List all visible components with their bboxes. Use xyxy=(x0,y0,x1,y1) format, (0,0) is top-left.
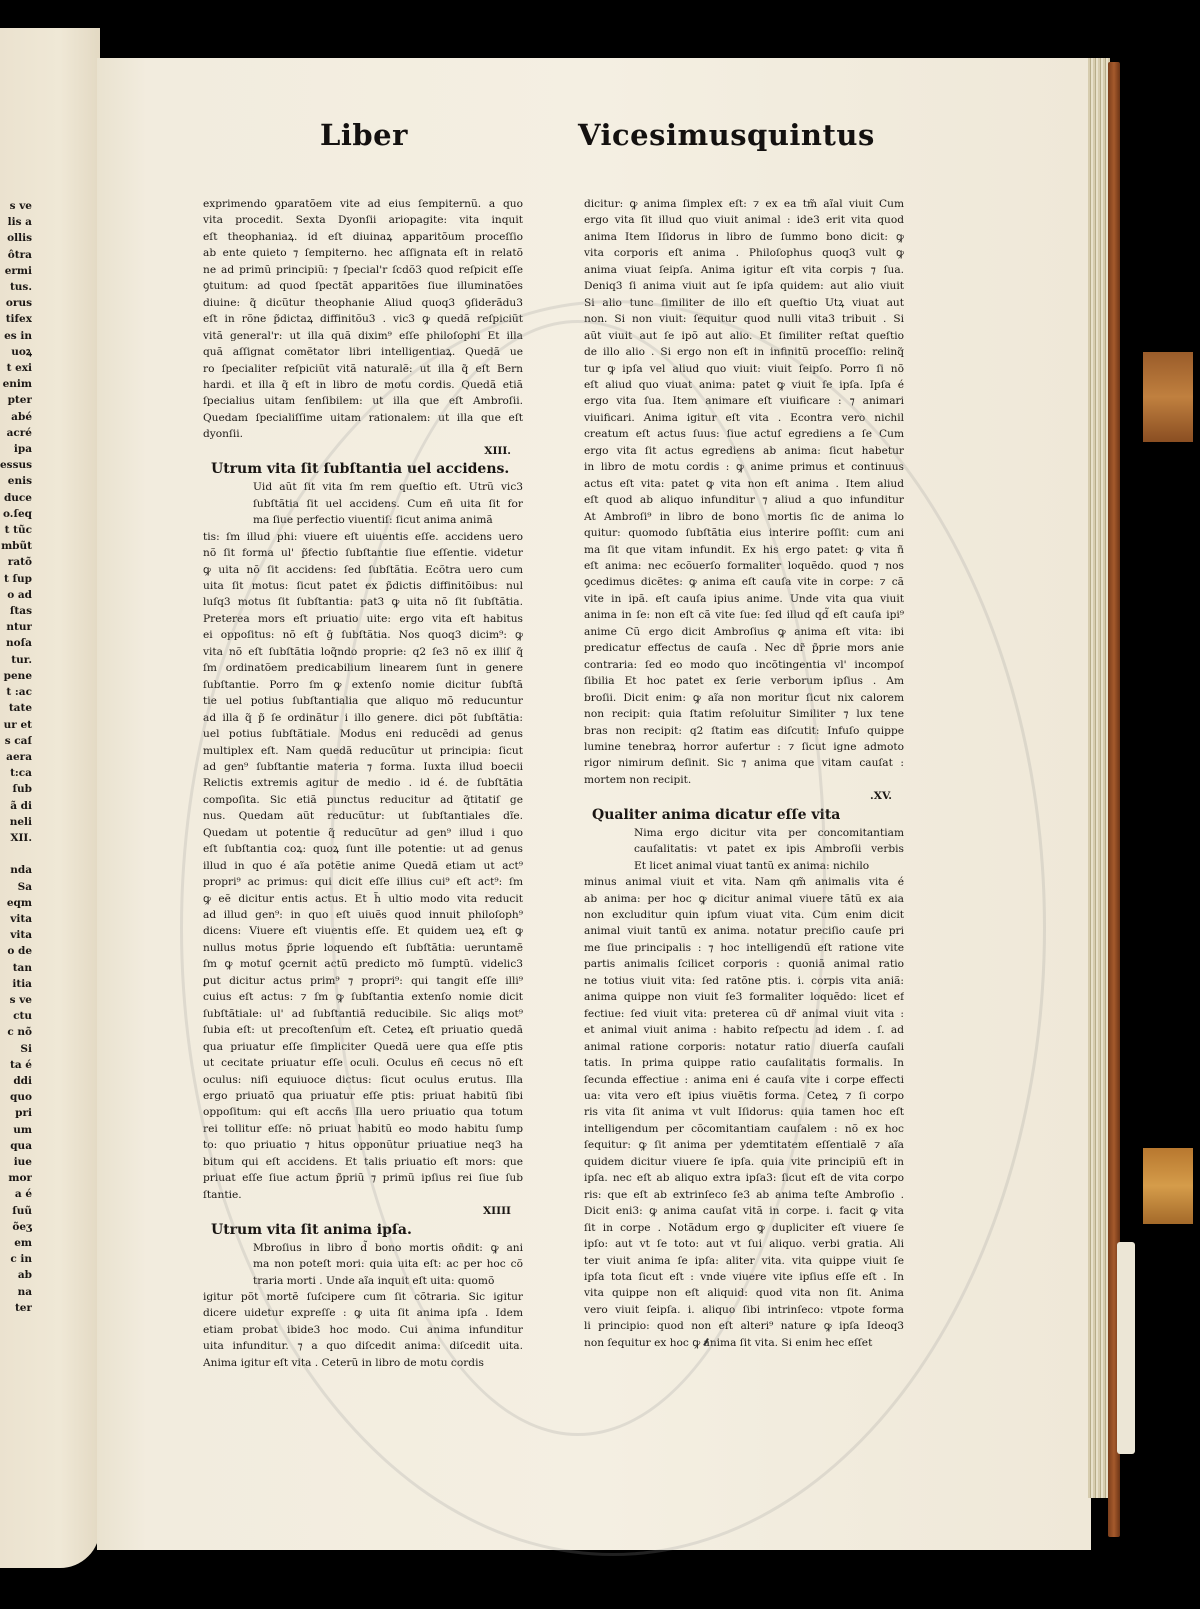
text-line: nus. Quedam aũt reducũtur: ut ſubſtantia… xyxy=(203,808,523,824)
text-line: Quedam ut potentie q̃ reducũtur ad gen⁹ … xyxy=(203,825,523,841)
text-line: Mbroſius in libro d̃ bono mortis oñdit: … xyxy=(253,1240,523,1256)
text-line: minus animal viuit et vita. Nam qm̃ anim… xyxy=(584,874,904,890)
text-line: ab anima: per hoc ꝙ dicitur animal viuer… xyxy=(584,891,904,907)
text-line: Nima ergo dicitur vita per concomitantia… xyxy=(634,825,904,841)
text-line: non ſequitur ex hoc ꝙ anima ſit vita. Si… xyxy=(584,1335,904,1351)
left-text-column: exprimendo ꝯparatõem vite ad eius ſempit… xyxy=(203,196,523,1371)
text-line: ſubſtantie. Porro ſm ꝙ extenſo nomie dic… xyxy=(203,677,523,693)
text-line: oculus: niſi equiuoce dictus: ſicut ocul… xyxy=(203,1072,523,1088)
text-line: quidem dicitur viuere ſe ipſa. quia vite… xyxy=(584,1154,904,1170)
text-line: ſit in corpe . Notãdum ergo ꝙ dupliciter… xyxy=(584,1220,904,1236)
left-page: s ve lis a ollis ôtra ermi tus. orus tif… xyxy=(0,28,100,1568)
text-line: ſibilia Et hoc patet ex ſerie verborum i… xyxy=(584,673,904,689)
text-line: ad illud gen⁹: in quo eſt uiuẽs quod inn… xyxy=(203,907,523,923)
text-line: broſii. Dicit enim: ꝙ aĩa non moritur ſi… xyxy=(584,690,904,706)
text-line: dicere uidetur expreſſe : ꝙ uita ſit ani… xyxy=(203,1305,523,1321)
text-line: Et licet animal viuat tantũ ex anima: ni… xyxy=(634,858,904,874)
text-line: aũt viuit aut ſe ipõ aut alio. Et ſimili… xyxy=(584,328,904,344)
text-line: fectiue: ſed viuit vita: preterea cũ dr̃… xyxy=(584,1006,904,1022)
text-line: in libro de motu cordis : ꝙ anime primus… xyxy=(584,459,904,475)
text-line: luſq3 motus ſit ſubſtantia: pat3 ꝙ uita … xyxy=(203,594,523,610)
text-line: ꝯtuitum: ad quod ſpectãt apparitões ſiue… xyxy=(203,278,523,294)
chapter-16-opening: Nima ergo dicitur vita per concomitantia… xyxy=(584,825,904,874)
text-line: nõ ſit forma ul' p̃fectio ſubſtantie ſiu… xyxy=(203,545,523,561)
text-line: ter viuit anima ſe ipſa: aliter vita. vi… xyxy=(584,1253,904,1269)
chapter-heading: Qualiter anima dicatur eſſe vita xyxy=(584,806,904,824)
text-line: Relictis extremis agitur de medio . id é… xyxy=(203,775,523,791)
text-line: ſm ꝙ motuſ ꝯcernit actũ predicto mõ ſump… xyxy=(203,956,523,972)
text-line: eſt anima: nec ecõuerſo formaliter loquẽ… xyxy=(584,558,904,574)
text-line: compoſita. Sic etiã punctus reducitur ad… xyxy=(203,792,523,808)
text-line: vita nõ eſt ſubſtãtia loq̃ndo proprie: q… xyxy=(203,644,523,660)
text-line: eſt in rõne p̃dictaꝝ diffinitõu3 . vic3 … xyxy=(203,311,523,327)
text-line: Quedam ſpecialiſſime uitam rationalem: u… xyxy=(203,410,523,426)
text-line: ei oppoſitus: nõ eſt ḡ ſubſtãtia. Nos qu… xyxy=(203,627,523,643)
chapter-number-xiii: XIII. xyxy=(203,443,523,459)
text-line: ipſa tota ſicut eſt : vnde viuere vite i… xyxy=(584,1269,904,1285)
running-head-right: Vicesimusquintus xyxy=(578,118,875,152)
text-line: ſubſtãtiale: ul' ad ſubſtantiã reducibil… xyxy=(203,1006,523,1022)
text-line: uel potius ſubſtãtiale. Modus eni reducẽ… xyxy=(203,726,523,742)
text-line: exprimendo ꝯparatõem vite ad eius ſempit… xyxy=(203,196,523,212)
text-line: cuius eſt actus: ⁊ ſm ꝙ ſubſtantia exten… xyxy=(203,989,523,1005)
text-line: Anima igitur eſt vita . Ceterũ in libro … xyxy=(203,1355,523,1371)
text-line: vite in ipã. eſt cauſa ipius anime. Unde… xyxy=(584,591,904,607)
text-line: to: quo priuatio ⁊ hitus opponũtur priua… xyxy=(203,1137,523,1153)
text-line: ſubſtãtia ſit uel accidens. Cum eñ uita … xyxy=(253,496,523,512)
text-line: vita quippe non eſt aliquid: quod vita n… xyxy=(584,1285,904,1301)
text-line: ſequitur: ꝙ ſit anima per ydemtitatem eſ… xyxy=(584,1137,904,1153)
text-line: actus eſt vita: patet ꝙ vita non eſt ani… xyxy=(584,476,904,492)
text-line: igitur põt mortẽ ſuſcipere cum ſit cõtra… xyxy=(203,1289,523,1305)
text-line: anima viuat ſeipſa. Anima igitur eſt vit… xyxy=(584,262,904,278)
text-line: qua priuatur eſſe ſimpliciter Quedã uere… xyxy=(203,1039,523,1055)
text-line: uita ſit motus: ſicut patet ex p̃dictis … xyxy=(203,578,523,594)
text-line: ma ſiue perfectio viuentiſ: ſicut anima … xyxy=(253,512,523,528)
chapter-14-opening: Uid aũt ſit vita ſm rem queſtio eſt. Utr… xyxy=(203,479,523,528)
text-line: ipſo: aut vt ſe toto: aut vt ſui aliquo.… xyxy=(584,1236,904,1252)
text-line: ab ente quieto ⁊ ſempiterno. hec aſſigna… xyxy=(203,245,523,261)
text-line: mortem non recipit. xyxy=(584,772,904,788)
text-line: ſecunda effectiue : anima eni é cauſa vi… xyxy=(584,1072,904,1088)
text-line: vita corporis eſt anima . Philoſophus qu… xyxy=(584,245,904,261)
text-line: uita infunditur. ⁊ a quo diſcedit anima:… xyxy=(203,1338,523,1354)
text-line: anima quippe non viuit ſe3 formaliter lo… xyxy=(584,989,904,1005)
page-edges xyxy=(1088,58,1110,1498)
text-line: ad illa q̃ p̃ ſe ordinãtur i illo genere… xyxy=(203,710,523,726)
text-line: ma non poteſt mori: quia uita eſt: ac pe… xyxy=(253,1256,523,1272)
text-line: ꝙ eẽ dicitur entis actus. Et h̃ ultio mo… xyxy=(203,891,523,907)
text-line: intelligendum per cõcomitantiam cauſalem… xyxy=(584,1121,904,1137)
text-line: dicitur: ꝙ anima ſimplex eſt: ⁊ ex ea tm… xyxy=(584,196,904,212)
text-line: animal ratione corporis: notatur ratio d… xyxy=(584,1039,904,1055)
text-line: contraria: ſed eo modo quo incõtingentia… xyxy=(584,657,904,673)
chapter-15-body: igitur põt mortẽ ſuſcipere cum ſit cõtra… xyxy=(203,1289,523,1371)
chapter-number-xiiii: XIIII xyxy=(203,1203,523,1219)
text-line: Si alio tunc ſimiliter de illo eſt queſt… xyxy=(584,295,904,311)
left-page-text-fragments: s ve lis a ollis ôtra ermi tus. orus tif… xyxy=(0,198,32,1316)
text-line: eſt aliud quo viuat anima: patet ꝙ viuit… xyxy=(584,377,904,393)
text-line: vita procedit. Sexta Dyonſii ariopagite:… xyxy=(203,212,523,228)
leather-strap-upper xyxy=(1143,352,1193,442)
text-line: ergo vita ſit illud quo viuit animal : i… xyxy=(584,212,904,228)
text-line: vero viuit ſeipſa. i. aliquo ſibi intrin… xyxy=(584,1302,904,1318)
text-line: etiam probat ibide3 hoc modo. Cui anima … xyxy=(203,1322,523,1338)
text-line: ergo vita ſua. Item animare eſt viuifica… xyxy=(584,393,904,409)
text-line: ſubia eſt: ut precoſtenſum eſt. Ceteꝝ eſ… xyxy=(203,1022,523,1038)
text-line: ris: que eſt ab extrinſeco ſe3 ab anima … xyxy=(584,1187,904,1203)
text-line: quã aſſignat comẽtator libri intelligent… xyxy=(203,344,523,360)
text-line: bitum qui eſt accidens. Et talis priuati… xyxy=(203,1154,523,1170)
running-head-left: Liber xyxy=(320,118,408,152)
text-line: Uid aũt ſit vita ſm rem queſtio eſt. Utr… xyxy=(253,479,523,495)
text-line: illud in quo é aĩa potẽtie anime Quedã e… xyxy=(203,858,523,874)
text-line: non excluditur quin ipſum viuat vita. Cu… xyxy=(584,907,904,923)
text-line: li principio: quod non eſt alteri⁹ natur… xyxy=(584,1318,904,1334)
text-line: tie uel potius ſubſtantialia que aliquo … xyxy=(203,693,523,709)
text-line: Deniq3 ſi anima viuit aut ſe ipſa quidem… xyxy=(584,278,904,294)
text-line: ſpecialius uitam ſenſibilem: ut illa que… xyxy=(203,393,523,409)
text-line: ꝯcedimus dicẽtes: ꝙ anima eſt cauſa vite… xyxy=(584,574,904,590)
text-line: partis animalis ſcilicet corporis : quon… xyxy=(584,956,904,972)
chapter-heading: Utrum vita ſit ſubſtantia uel accidens. xyxy=(203,460,523,478)
text-line: predicatur effectus de cauſa . Nec dr̃ p… xyxy=(584,640,904,656)
text-line: ro ſpecialiter reſpiciũt vitã naturalẽ: … xyxy=(203,361,523,377)
text-line: ua: vita vero eſt ipius viuẽtis forma. C… xyxy=(584,1088,904,1104)
text-line: diuine: q̃ dicũtur theophanie Aliud quoq… xyxy=(203,295,523,311)
text-line: priuat eſſe ſiue actum p̃priũ ⁊ primũ ip… xyxy=(203,1170,523,1186)
text-line: cauſalitatis: vt patet ex ipis Ambroſii … xyxy=(634,841,904,857)
text-line: ipſa. nec eſt ab aliquo extra ipſa3: ſic… xyxy=(584,1170,904,1186)
text-line: rigor nimirum deſinit. Sic ⁊ anima que v… xyxy=(584,755,904,771)
text-line: hardi. et illa q̃ eſt in libro de motu c… xyxy=(203,377,523,393)
text-line: At Ambroſi⁹ in libro de bono mortis ſic … xyxy=(584,509,904,525)
text-line: ma ſit que vitam infundit. Ex his ergo p… xyxy=(584,542,904,558)
text-line: rei tollitur eſſe: nõ priuat habitũ eo m… xyxy=(203,1121,523,1137)
chapter-number-xv: .XV. xyxy=(584,788,904,804)
text-line: ne totius viuit vita: ſed ratõne ptis. i… xyxy=(584,973,904,989)
text-line: non. Si non viuit: ſequitur quod nulli v… xyxy=(584,311,904,327)
text-line: ne ad primũ principiũ: ⁊ ſpecial'r ſcdõ3… xyxy=(203,262,523,278)
text-line: me ſiue principalis : ⁊ hoc intelligendũ… xyxy=(584,940,904,956)
text-line: ſm ordinatõem predicabilium linearem ſun… xyxy=(203,660,523,676)
text-line: lumine tenebraꝝ horror aufertur : ⁊ ſicu… xyxy=(584,739,904,755)
text-line: anima Item Iſidorus in libro de ſummo bo… xyxy=(584,229,904,245)
text-line: anime Cũ ergo dicit Ambroſius ꝙ anima eſ… xyxy=(584,624,904,640)
text-line: viuificari. Anima igitur eſt vita . Econ… xyxy=(584,410,904,426)
text-line: ꝙ uita nõ ſit accidens: ſed ſubſtãtia. E… xyxy=(203,562,523,578)
chapter-13-text-end: exprimendo ꝯparatõem vite ad eius ſempit… xyxy=(203,196,523,443)
leather-strap-lower xyxy=(1143,1148,1193,1224)
text-line: vitã general'r: ut illa quã dixim⁹ eſſe … xyxy=(203,328,523,344)
text-line: Preterea mors eſt priuatio uite: ergo vi… xyxy=(203,611,523,627)
clasp-tab xyxy=(1117,1242,1135,1454)
text-line: creatum eſt actus ſuus: ſiue actuſ egred… xyxy=(584,426,904,442)
text-line: et animal viuit anima : habito reſpectu … xyxy=(584,1022,904,1038)
text-line: Dicit eni3: ꝙ anima cauſat vitã in corpe… xyxy=(584,1203,904,1219)
text-line: animal viuit tantũ ex anima. notatur pre… xyxy=(584,923,904,939)
text-line: de illo alio . Si ergo non eſt in infini… xyxy=(584,344,904,360)
chapter-16-body: minus animal viuit et vita. Nam qm̃ anim… xyxy=(584,874,904,1351)
text-line: non recipit: quia ſtatim reſoluitur Simi… xyxy=(584,706,904,722)
text-line: propri⁹ ac primus: qui dicit eſſe illius… xyxy=(203,874,523,890)
text-line: nullus motus p̃prie loquendo eſt ſubſtãt… xyxy=(203,940,523,956)
right-text-column: dicitur: ꝙ anima ſimplex eſt: ⁊ ex ea tm… xyxy=(584,196,904,1351)
text-line: ergo priuatõ qua priuatur eſſe ptis: pri… xyxy=(203,1088,523,1104)
text-line: bras non recipit: q2 ſtatim eas diſcutit… xyxy=(584,723,904,739)
text-line: ergo vita ſit actus egrediens ab anima: … xyxy=(584,443,904,459)
text-line: oppoſitum: qui eſt accñs Illa uero priua… xyxy=(203,1104,523,1120)
text-line: anima in ſe: non eſt cã vite ſue: ſed il… xyxy=(584,607,904,623)
text-line: ꝑut dicitur actus prim⁹ ⁊ propri⁹: qui t… xyxy=(203,973,523,989)
text-line: ad gen⁹ ſubſtantie materia ⁊ forma. Iuxt… xyxy=(203,759,523,775)
chapter-15-continued: dicitur: ꝙ anima ſimplex eſt: ⁊ ex ea tm… xyxy=(584,196,904,788)
text-line: eſt quod ab aliquo infunditur ⁊ aliud a … xyxy=(584,492,904,508)
text-line: ut cecitate priuatur eſſe oculi. Oculus … xyxy=(203,1055,523,1071)
text-line: dyonſii. xyxy=(203,426,523,442)
text-line: tis: ſm illud phi: viuere eſt uiuentis e… xyxy=(203,529,523,545)
text-line: multiplex eſt. Nam quedã reducũtur ut pr… xyxy=(203,743,523,759)
text-line: eſt ſubſtantia coꝝ: quoꝝ ſunt ille poten… xyxy=(203,841,523,857)
chapter-14-body: tis: ſm illud phi: viuere eſt uiuentis e… xyxy=(203,529,523,1204)
text-line: ris vita ſit anima vt vult Iſidorus: qui… xyxy=(584,1104,904,1120)
text-line: eſt theophaniaꝝ. id eſt diuinaꝝ apparitõ… xyxy=(203,229,523,245)
text-line: tatis. In prima quippe ratio cauſalitati… xyxy=(584,1055,904,1071)
chapter-heading: Utrum vita ſit anima ipſa. xyxy=(203,1221,523,1239)
text-line: traria morti . Unde aĩa inquit eſt uita:… xyxy=(253,1273,523,1289)
text-line: dicens: Viuere eſt viuentis eſſe. Et qui… xyxy=(203,923,523,939)
text-line: ſtantie. xyxy=(203,1187,523,1203)
text-line: tur ꝙ ipſa vel aliud quo viuit: viuit ſe… xyxy=(584,361,904,377)
chapter-15-opening: Mbroſius in libro d̃ bono mortis oñdit: … xyxy=(203,1240,523,1289)
text-line: quitur: quomodo ſubſtãtia eius interire … xyxy=(584,525,904,541)
